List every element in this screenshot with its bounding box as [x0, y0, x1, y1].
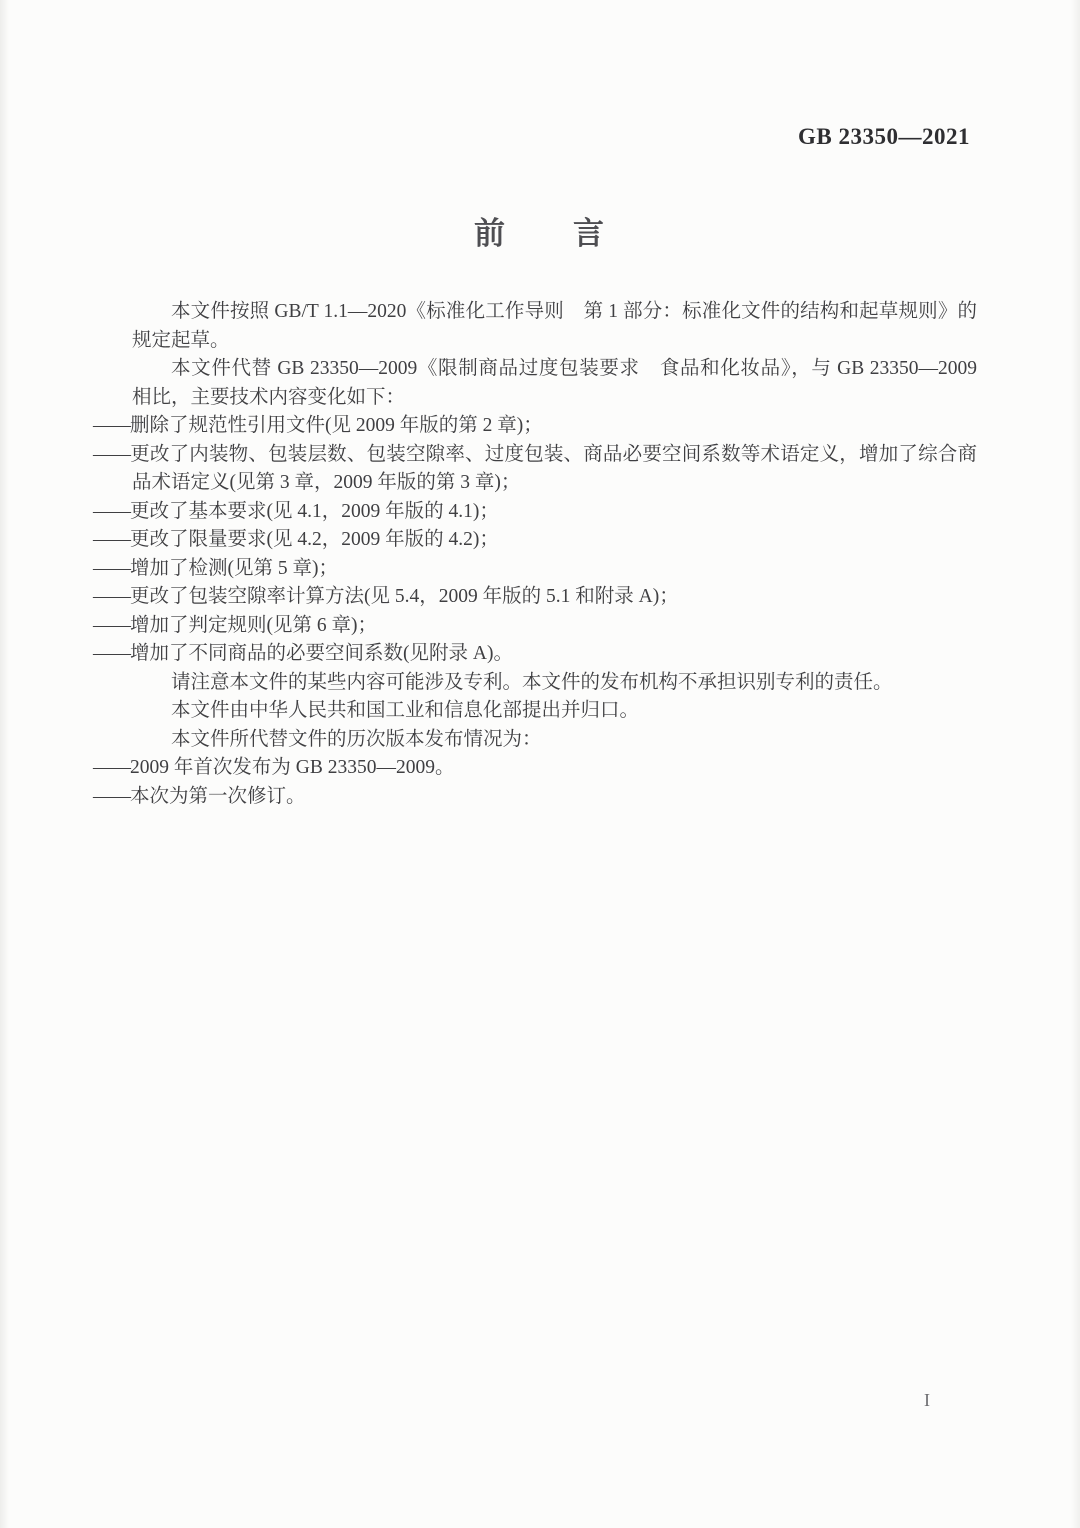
- dash: ——: [93, 757, 130, 778]
- change-item-text: 增加了检测(见第 5 章)；: [130, 558, 338, 579]
- standard-code: GB 23350—2021: [798, 124, 970, 150]
- change-item-text: 增加了判定规则(见第 6 章)；: [130, 615, 377, 636]
- dash: ——: [93, 615, 130, 636]
- change-item: ——增加了检测(见第 5 章)；: [132, 555, 977, 584]
- dash: ——: [93, 415, 130, 436]
- dash: ——: [93, 501, 130, 522]
- change-item: ——更改了限量要求(见 4.2，2009 年版的 4.2)；: [132, 526, 977, 555]
- dash: ——: [93, 558, 130, 579]
- dash: ——: [93, 529, 130, 550]
- change-item: ——更改了包装空隙率计算方法(见 5.4，2009 年版的 5.1 和附录 A)…: [132, 583, 977, 612]
- change-item: ——更改了内装物、包装层数、包装空隙率、过度包装、商品必要空间系数等术语定义，增…: [132, 441, 977, 498]
- history-item: ——本次为第一次修订。: [132, 783, 977, 812]
- paragraph-drafting-basis: 本文件按照 GB/T 1.1—2020《标准化工作导则 第 1 部分：标准化文件…: [132, 298, 977, 355]
- history-item-text: 本次为第一次修订。: [130, 786, 306, 807]
- page-number: I: [924, 1390, 930, 1411]
- paragraph-replacement-statement: 本文件代替 GB 23350—2009《限制商品过度包装要求 食品和化妆品》，与…: [132, 355, 977, 412]
- change-item: ——删除了规范性引用文件(见 2009 年版的第 2 章)；: [132, 412, 977, 441]
- change-item-text: 更改了包装空隙率计算方法(见 5.4，2009 年版的 5.1 和附录 A)；: [130, 586, 679, 607]
- dash: ——: [93, 586, 130, 607]
- change-item-text: 更改了限量要求(见 4.2，2009 年版的 4.2)；: [130, 529, 499, 550]
- history-item-text: 2009 年首次发布为 GB 23350—2009。: [130, 757, 454, 778]
- change-item-text: 增加了不同商品的必要空间系数(见附录 A)。: [130, 643, 513, 664]
- dash: ——: [93, 444, 130, 465]
- paragraph-issuing-body: 本文件由中华人民共和国工业和信息化部提出并归口。: [132, 697, 977, 726]
- change-item-text: 更改了内装物、包装层数、包装空隙率、过度包装、商品必要空间系数等术语定义，增加了…: [130, 444, 977, 494]
- paragraph-patent-notice: 请注意本文件的某些内容可能涉及专利。本文件的发布机构不承担识别专利的责任。: [132, 669, 977, 698]
- document-page: GB 23350—2021 前 言 本文件按照 GB/T 1.1—2020《标准…: [0, 0, 1080, 1528]
- dash: ——: [93, 643, 130, 664]
- change-item: ——增加了判定规则(见第 6 章)；: [132, 612, 977, 641]
- page-title: 前 言: [0, 208, 1080, 253]
- change-item: ——更改了基本要求(见 4.1，2009 年版的 4.1)；: [132, 498, 977, 527]
- foreword-content: 本文件按照 GB/T 1.1—2020《标准化工作导则 第 1 部分：标准化文件…: [132, 298, 977, 811]
- change-item-text: 更改了基本要求(见 4.1，2009 年版的 4.1)；: [130, 501, 499, 522]
- change-item: ——增加了不同商品的必要空间系数(见附录 A)。: [132, 640, 977, 669]
- history-item: ——2009 年首次发布为 GB 23350—2009。: [132, 754, 977, 783]
- paragraph-history-intro: 本文件所代替文件的历次版本发布情况为：: [132, 726, 977, 755]
- change-item-text: 删除了规范性引用文件(见 2009 年版的第 2 章)；: [130, 415, 543, 436]
- dash: ——: [93, 786, 130, 807]
